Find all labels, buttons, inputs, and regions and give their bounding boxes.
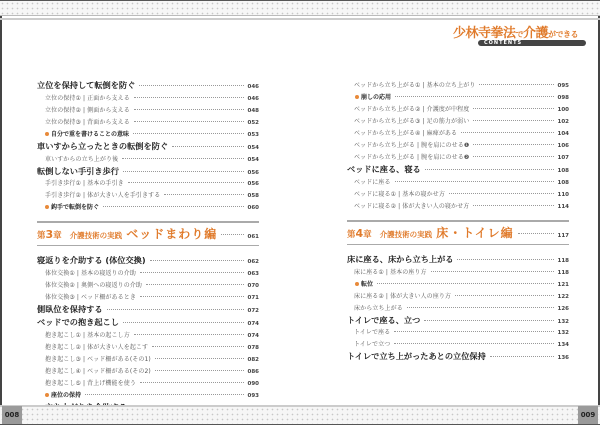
toc-entry[interactable]: 体位交換① | 基本の寝返りの介助063 [37, 268, 259, 280]
dot-leader [155, 358, 244, 359]
toc-entry-title: 座位の保持 [51, 390, 81, 399]
dot-leader [146, 284, 244, 285]
toc-entry[interactable]: 体位交換② | 奥側への寝返りの介助070 [37, 280, 259, 292]
chapter-number: 第3章 [37, 228, 62, 241]
toc-entry-title: ベッドから立ち上がる④ | 麻痺がある [354, 128, 457, 137]
dot-leader [128, 182, 244, 183]
toc-page-number: 052 [248, 120, 259, 126]
toc-entry-title: 寝返りを介助する (体位交換) [37, 255, 146, 266]
toc-entry[interactable]: 寝返りを介助する (体位交換)062 [37, 255, 259, 268]
toc-entry[interactable]: 自分で重を書けることの意味053 [37, 129, 259, 141]
dot-leader [133, 133, 244, 134]
toc-entry[interactable]: 転倒しない手引き歩行056 [37, 166, 259, 179]
toc-entry[interactable]: ベッドから立ち上がる④ | 麻痺がある104 [347, 128, 569, 140]
page-number-left: 008 [2, 406, 22, 424]
toc-entry[interactable]: ベッドから立ち上がる① | 基本の立ち上がり095 [347, 80, 569, 92]
toc-entry[interactable]: 側臥位を保持する072 [37, 304, 259, 317]
dot-leader [103, 206, 244, 207]
chapter-subtitle: 介護技術の実践 [70, 230, 123, 241]
toc-entry[interactable]: 立位の保持① | 正面から支える046 [37, 93, 259, 105]
toc-entry[interactable]: ベッドから立ち上がる | 腕を肩にのせる❷107 [347, 152, 569, 164]
toc-entry-title: 立位の保持③ | 背面から支える [45, 117, 130, 126]
toc-entry-title: 床に座る、床から立ち上がる [347, 254, 453, 265]
dot-leader [123, 171, 244, 172]
toc-page-number: 070 [248, 283, 259, 289]
toc-page-number: 060 [248, 205, 259, 211]
dot-leader [518, 233, 554, 234]
dot-leader [473, 108, 553, 109]
toc-entry-title: 抱き起こし④ | ベッド柵がある(その2) [45, 366, 151, 375]
toc-entry[interactable]: 抱き起こし② | 体が大きい人を起こす078 [37, 342, 259, 354]
toc-entry[interactable]: ベッドから立ち上がる③ | 足の筋力が弱い102 [347, 116, 569, 128]
bullet-dot-icon [355, 282, 359, 286]
toc-entry-title: ベッドに寝る② | 体が大きい人の寝かせ方 [354, 201, 469, 210]
chapter-suffix: 章 [363, 230, 372, 240]
toc-entry-title: 転位 [361, 279, 373, 288]
toc-entry-title: ベッドから立ち上がる | 腕を肩にのせる❶ [354, 140, 469, 149]
toc-entry-title: 立位を保持して転倒を防ぐ [37, 80, 135, 91]
toc-page-number: 046 [248, 84, 259, 90]
toc-page-number: 100 [558, 107, 569, 113]
dot-leader [457, 259, 553, 260]
toc-entry[interactable]: トイレで座る132 [347, 327, 569, 339]
dot-leader [122, 158, 243, 159]
toc-page-number: 062 [248, 259, 259, 265]
bullet-dot-icon [45, 393, 49, 397]
toc-entry-title: 抱き起こし② | 体が大きい人を起こす [45, 342, 148, 351]
title-part: が [548, 29, 556, 39]
toc-entry[interactable]: 手引き歩行② | 体が大きい人を手引きする058 [37, 190, 259, 202]
toc-entry-title: 床から立ち上がる [354, 303, 403, 312]
toc-entry[interactable]: 抱き起こし⑤ | 背上げ機能を使う090 [37, 378, 259, 390]
chapter-name: 床・トイレ編 [436, 224, 513, 241]
toc-entry[interactable]: 抱き起こし④ | ベッド柵がある(その2)086 [37, 366, 259, 378]
toc-entry[interactable]: ベッドに座る108 [347, 177, 569, 189]
chapter-subtitle: 介護技術の実践 [380, 229, 433, 240]
dot-leader [150, 260, 244, 261]
toc-entry-title: 車いすからの立ち上がり後 [45, 154, 118, 163]
dot-leader [449, 193, 554, 194]
chapter-heading[interactable]: 第3章介護技術の実践ベッドまわり編061 [37, 221, 259, 246]
toc-entry-title: ベッドから立ち上がる | 腕を肩にのせる❷ [354, 152, 469, 161]
chapter-prefix: 第 [347, 230, 356, 240]
toc-left-column: 立位を保持して転倒を防ぐ046立位の保持① | 正面から支える046立位の保持②… [37, 80, 259, 415]
toc-entry-title: トイレで立つ [354, 339, 390, 348]
toc-entry[interactable]: 手引き歩行① | 基本の手引き056 [37, 178, 259, 190]
toc-page-number: 048 [248, 108, 259, 114]
chapter-page-number: 117 [558, 233, 569, 239]
chapter-number: 第4章 [347, 227, 372, 240]
dot-leader [473, 156, 553, 157]
dot-leader [461, 132, 553, 133]
toc-entry-title: ベッドに座る、寝る [347, 164, 421, 175]
toc-entry-title: ベッドから立ち上がる① | 基本の立ち上がり [354, 80, 475, 89]
dot-leader [123, 322, 244, 323]
toc-page-number: 102 [558, 119, 569, 125]
toc-entry[interactable]: ベッドでの抱き起こし074 [37, 317, 259, 330]
dot-leader [134, 97, 244, 98]
toc-page-number: 072 [248, 308, 259, 314]
toc-entry-title: 抱き起こし① | 基本の起こし方 [45, 330, 130, 339]
toc-entry[interactable]: ベッドから立ち上がる | 腕を肩にのせる❶106 [347, 140, 569, 152]
toc-entry[interactable]: ベッドに座る、寝る108 [347, 164, 569, 177]
toc-entry[interactable]: ベッドに寝る① | 基本の寝かせ方110 [347, 189, 569, 201]
toc-entry[interactable]: 抱き起こし① | 基本の起こし方074 [37, 330, 259, 342]
toc-entry-title: 床に座る② | 体が大きい人の座り方 [354, 291, 451, 300]
toc-entry[interactable]: トイレで立ち上がったあとの立位保持136 [347, 351, 569, 364]
contents-label: CONTENTS [478, 40, 586, 46]
dot-leader [140, 296, 244, 297]
toc-entry[interactable]: 座位の保持093 [37, 390, 259, 402]
toc-entry-title: 手引き歩行② | 体が大きい人を手引きする [45, 190, 160, 199]
toc-entry-title: 立位の保持② | 側面から支える [45, 105, 130, 114]
toc-entry-title: 崩しの応用 [361, 92, 391, 101]
chapter-suffix: 章 [53, 231, 62, 241]
toc-page-number: 114 [558, 204, 569, 210]
toc-entry-title: 自分で重を書けることの意味 [51, 129, 129, 138]
toc-page-number: 108 [558, 180, 569, 186]
toc-entry[interactable]: 立位を保持して転倒を防ぐ046 [37, 80, 259, 93]
dot-leader [407, 307, 554, 308]
dot-leader [473, 120, 553, 121]
title-part: できる [556, 29, 579, 39]
bullet-dot-icon [45, 205, 49, 209]
toc-entry[interactable]: 床に座る、床から立ち上がる118 [347, 254, 569, 267]
toc-page-number: 106 [558, 143, 569, 149]
toc-page-number: 118 [558, 258, 569, 264]
dot-leader [221, 234, 243, 235]
toc-page-number: 132 [558, 319, 569, 325]
toc-page-number: 121 [558, 282, 569, 288]
toc-entry[interactable]: 車いすからの立ち上がり後054 [37, 154, 259, 166]
dot-leader [134, 121, 244, 122]
toc-page-number: 126 [558, 306, 569, 312]
bottom-dotted-band [0, 405, 600, 425]
title-part: 少林寺拳法 [453, 26, 516, 41]
toc-page-number: 063 [248, 271, 259, 277]
toc-entry-title: ベッドに寝る① | 基本の寝かせ方 [354, 189, 445, 198]
toc-page-number: 074 [248, 321, 259, 327]
toc-entry[interactable]: 床に座る② | 体が大きい人の座り方122 [347, 291, 569, 303]
toc-right-column: ベッドから立ち上がる① | 基本の立ち上がり095崩しの応用098ベッドから立ち… [347, 80, 569, 364]
toc-entry[interactable]: 車いすから立ったときの転倒を防ぐ054 [37, 141, 259, 154]
toc-page-number: 110 [558, 192, 569, 198]
chapter-prefix: 第 [37, 231, 46, 241]
dot-leader [473, 205, 553, 206]
bullet-dot-icon [355, 95, 359, 99]
toc-entry-title: 抱き起こし③ | ベッド柵がある(その1) [45, 354, 151, 363]
dot-leader [140, 382, 244, 383]
dot-leader [394, 343, 553, 344]
toc-entry[interactable]: 抱き起こし③ | ベッド柵がある(その1)082 [37, 354, 259, 366]
toc-entry-title: ベッドから立ち上がる② | 介護度が中程度 [354, 104, 469, 113]
toc-entry[interactable]: トイレで座る、立つ132 [347, 315, 569, 328]
chapter-page-number: 061 [248, 234, 259, 240]
toc-entry-title: ベッドに座る [354, 177, 391, 186]
dot-leader [377, 283, 554, 284]
toc-entry-title: 鈎手で転倒を防ぐ [51, 202, 99, 211]
dot-leader [107, 309, 244, 310]
toc-page-number: 054 [248, 157, 259, 163]
dot-leader [394, 331, 553, 332]
toc-page-number: 054 [248, 145, 259, 151]
toc-entry-title: 手引き歩行① | 基本の手引き [45, 178, 124, 187]
toc-entry-title: トイレで立ち上がったあとの立位保持 [347, 351, 486, 362]
chapter-heading[interactable]: 第4章介護技術の実践床・トイレ編117 [347, 220, 569, 245]
toc-page-number: 108 [558, 168, 569, 174]
toc-entry[interactable]: 床に座る① | 基本の座り方118 [347, 267, 569, 279]
title-part: 介護 [523, 26, 548, 41]
toc-entry-title: トイレで座る、立つ [347, 315, 420, 326]
toc-page-number: 134 [558, 342, 569, 348]
toc-page-number: 098 [558, 95, 569, 101]
dot-leader [395, 96, 554, 97]
toc-entry-title: 床に座る① | 基本の座り方 [354, 267, 427, 276]
toc-entry[interactable]: 立位の保持② | 側面から支える048 [37, 105, 259, 117]
bullet-dot-icon [45, 132, 49, 136]
dot-leader [164, 194, 243, 195]
toc-entry-title: ベッドでの抱き起こし [37, 317, 119, 328]
top-rule [0, 18, 600, 20]
toc-page-number: 058 [248, 193, 259, 199]
toc-entry[interactable]: 崩しの応用098 [347, 92, 569, 104]
toc-page-number: 056 [248, 170, 259, 176]
dot-leader [425, 169, 554, 170]
toc-entry-title: 抱き起こし⑤ | 背上げ機能を使う [45, 378, 136, 387]
dot-leader [479, 84, 553, 85]
dot-leader [490, 356, 554, 357]
toc-entry-title: 体位交換② | 奥側への寝返りの介助 [45, 280, 142, 289]
toc-page-number: 071 [248, 295, 259, 301]
chapter-name: ベッドまわり編 [126, 225, 217, 242]
book-title: 少林寺拳法で介護ができる [453, 22, 578, 41]
dot-leader [155, 370, 244, 371]
toc-entry[interactable]: 体位交換③ | ベッド柵があるとき071 [37, 292, 259, 304]
toc-entry-title: 立位の保持① | 正面から支える [45, 93, 130, 102]
dot-leader [424, 320, 553, 321]
dot-leader [455, 295, 554, 296]
toc-entry[interactable]: 床から立ち上がる126 [347, 303, 569, 315]
dot-leader [395, 181, 554, 182]
toc-entry[interactable]: トイレで立つ134 [347, 339, 569, 351]
toc-entry[interactable]: ベッドに寝る② | 体が大きい人の寝かせ方114 [347, 201, 569, 213]
toc-page-number: 086 [248, 369, 259, 375]
toc-page-number: 046 [248, 96, 259, 102]
dot-leader [139, 85, 243, 86]
toc-page-number: 074 [248, 333, 259, 339]
toc-entry-title: ベッドから立ち上がる③ | 足の筋力が弱い [354, 116, 469, 125]
toc-entry-title: 体位交換③ | ベッド柵があるとき [45, 292, 136, 301]
toc-page-number: 104 [558, 131, 569, 137]
title-part: で [515, 29, 523, 39]
page-number-right: 009 [578, 406, 598, 424]
toc-entry-title: 転倒しない手引き歩行 [37, 166, 119, 177]
toc-page-number: 078 [248, 345, 259, 351]
toc-entry[interactable]: 立位の保持③ | 背面から支える052 [37, 117, 259, 129]
toc-entry-title: 体位交換① | 基本の寝返りの介助 [45, 268, 136, 277]
toc-page-number: 056 [248, 181, 259, 187]
top-dotted-band [0, 0, 600, 16]
toc-page-number: 053 [248, 132, 259, 138]
toc-page-number: 136 [558, 355, 569, 361]
dot-leader [431, 271, 554, 272]
toc-page-number: 132 [558, 330, 569, 336]
toc-page-number: 122 [558, 294, 569, 300]
toc-page-number: 090 [248, 381, 259, 387]
dot-leader [134, 334, 244, 335]
toc-page-number: 095 [558, 83, 569, 89]
toc-entry-title: トイレで座る [354, 327, 390, 336]
toc-entry-title: 車いすから立ったときの転倒を防ぐ [37, 141, 168, 152]
dot-leader [152, 346, 243, 347]
toc-page-number: 118 [558, 270, 569, 276]
toc-entry[interactable]: ベッドから立ち上がる② | 介護度が中程度100 [347, 104, 569, 116]
toc-entry[interactable]: 鈎手で転倒を防ぐ060 [37, 202, 259, 214]
toc-page-number: 093 [248, 393, 259, 399]
dot-leader [172, 146, 244, 147]
dot-leader [134, 109, 244, 110]
dot-leader [140, 272, 244, 273]
toc-entry-title: 側臥位を保持する [37, 304, 103, 315]
dot-leader [473, 144, 553, 145]
toc-page-number: 107 [558, 155, 569, 161]
toc-page-number: 082 [248, 357, 259, 363]
toc-entry[interactable]: 転位121 [347, 279, 569, 291]
dot-leader [85, 394, 244, 395]
